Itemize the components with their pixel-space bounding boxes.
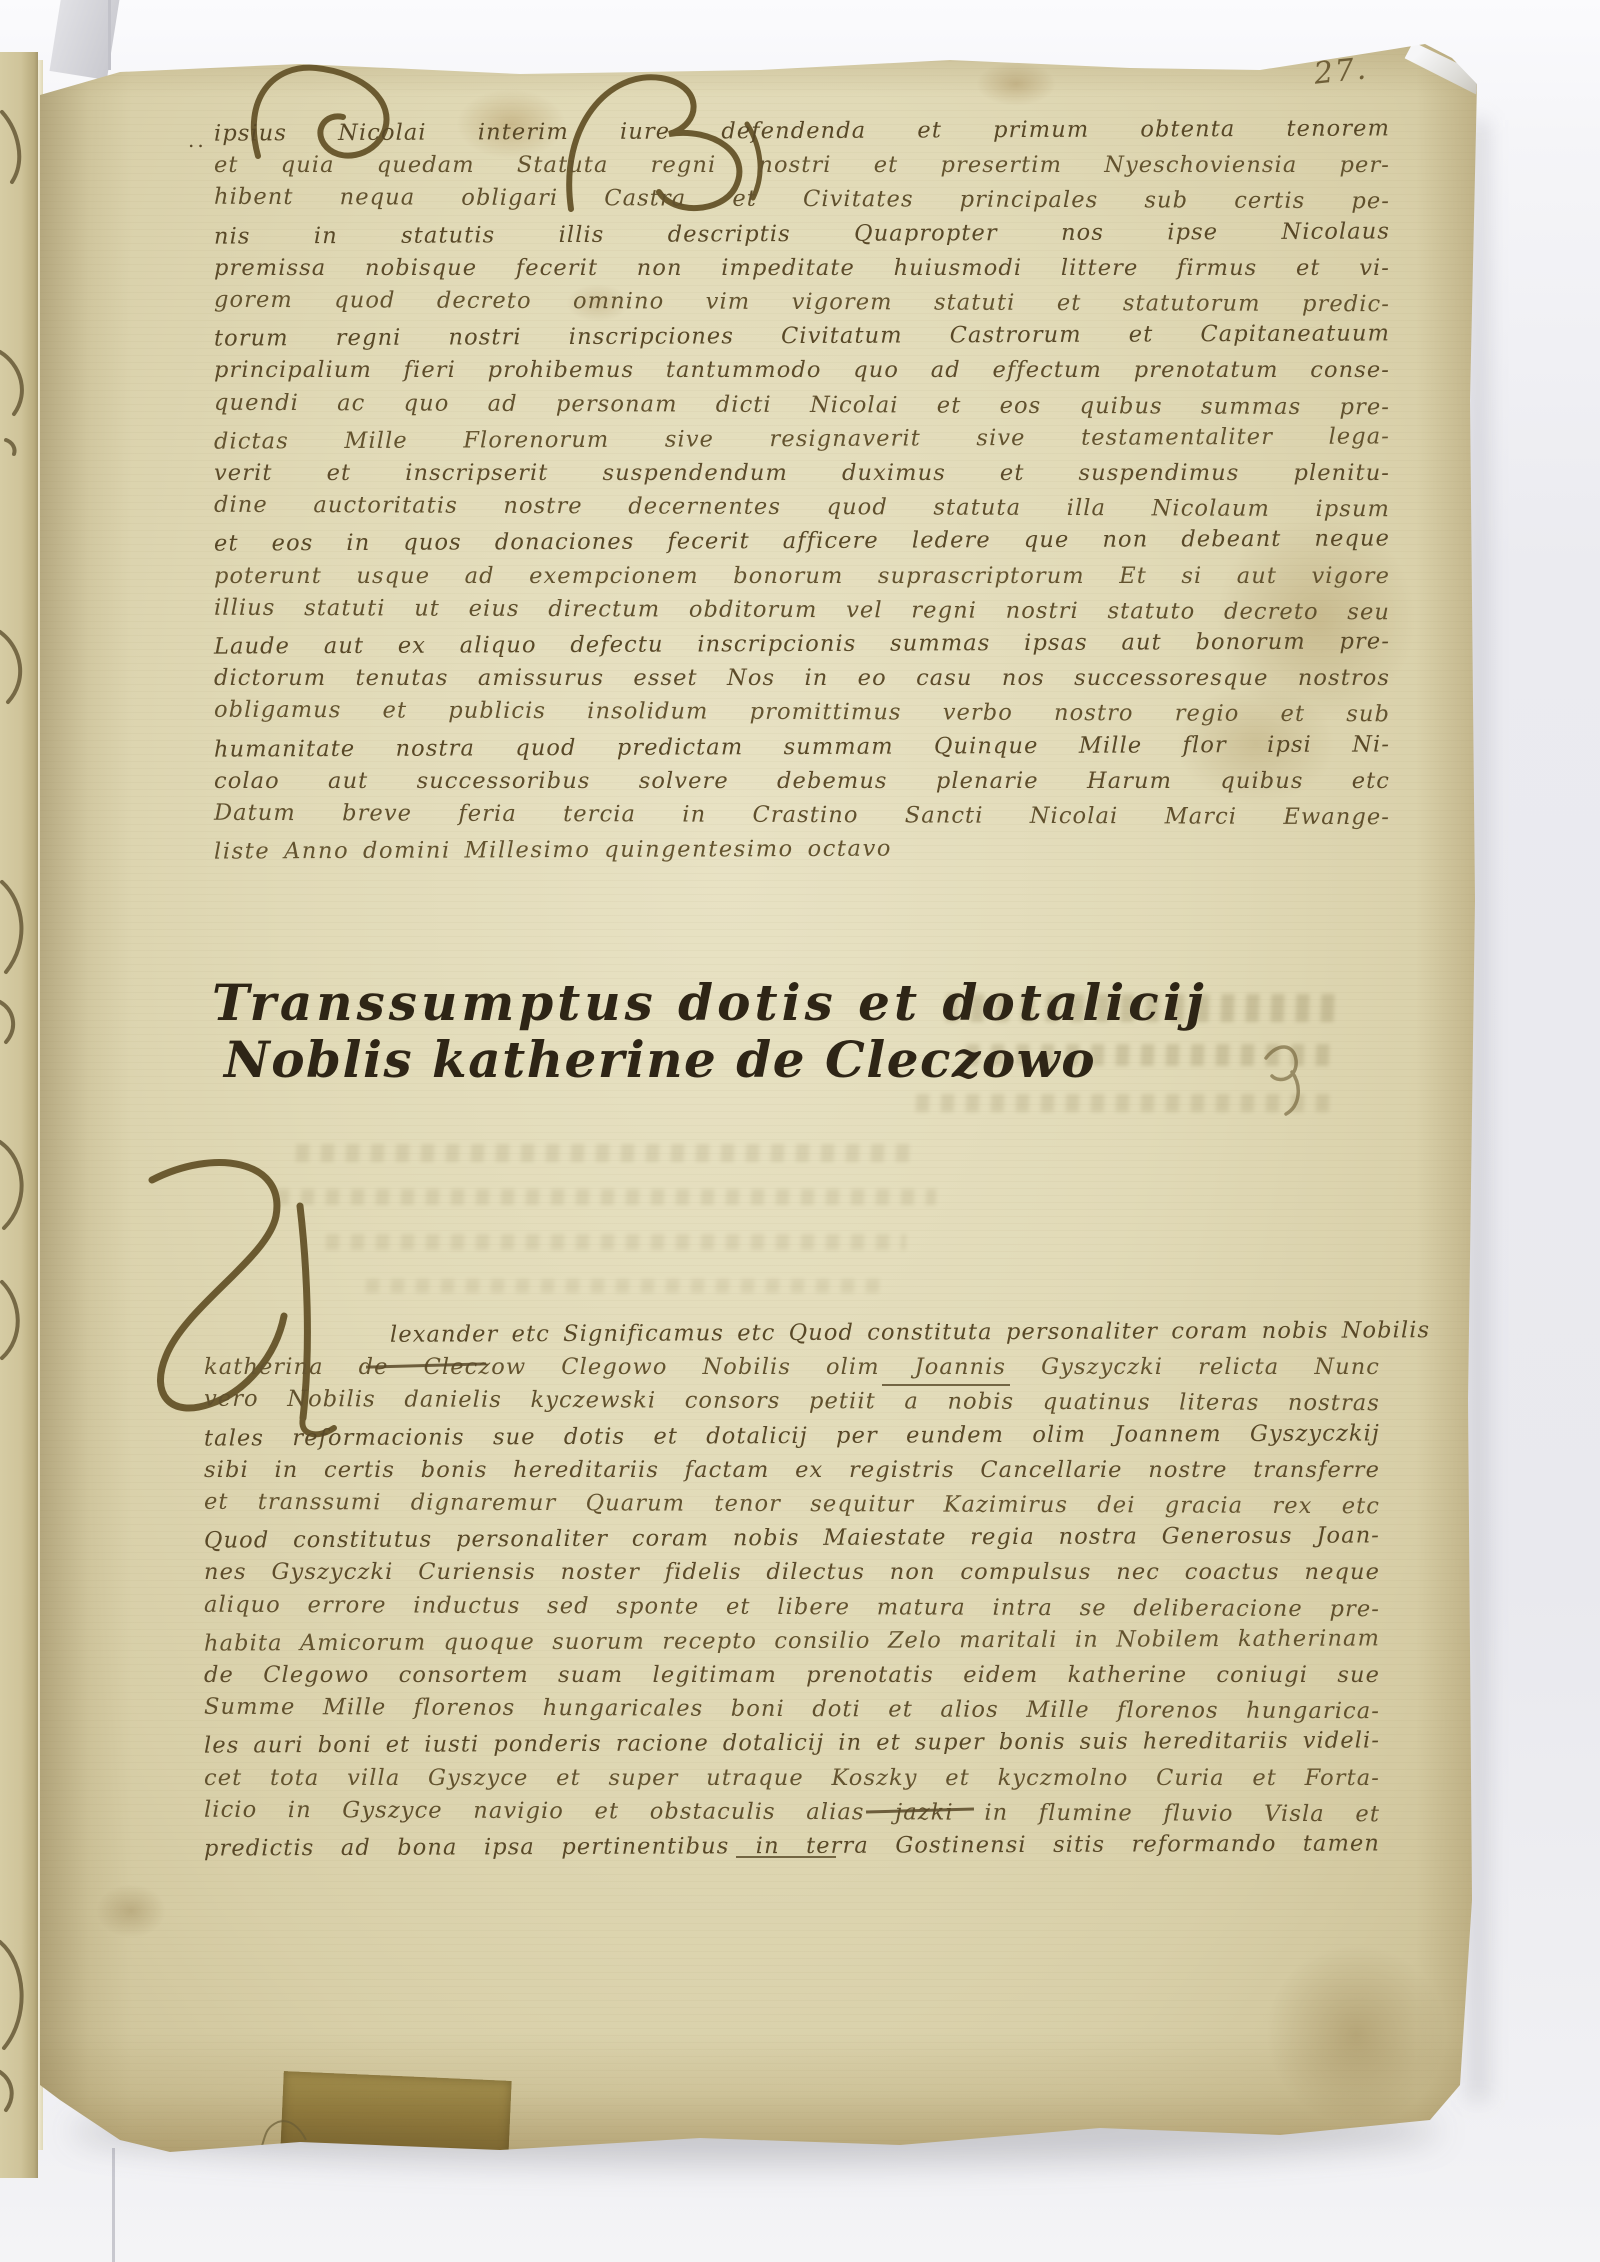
ink-showthrough [366,1279,886,1293]
ink-showthrough [276,1189,937,1205]
manuscript-line: et quia quedam Statuta regni nostri et p… [214,148,1390,182]
manuscript-line: nes Gyszyczki Curiensis noster fidelis d… [204,1555,1380,1589]
heading-line-2: Noblis katherine de Cleczowo [212,1031,1208,1088]
manuscript-line: et transsumi dignaremur Quarum tenor seq… [204,1485,1380,1524]
facing-page-edge [0,52,38,2178]
manuscript-line: de Clegowo consortem suam legitimam pren… [204,1658,1380,1692]
manuscript-line: obligamus et publicis insolidum promitti… [214,693,1390,732]
manuscript-line: tales reformacionis sue dotis et dotalic… [204,1416,1380,1455]
manuscript-line: dictorum tenutas amissurus esset Nos in … [214,661,1390,695]
manuscript-line: verit et inscripserit suspendendum duxim… [214,456,1390,490]
binding-gutter [108,0,111,70]
manuscript-line: humanitate nostra quod predictam summam … [214,727,1390,766]
manuscript-line: Summe Mille florenos hungaricales boni d… [204,1690,1380,1729]
paragraph-block-1: ipsius Nicolai interim iure defendenda e… [214,114,1390,866]
manuscript-line: colao aut successoribus solvere debemus … [214,764,1390,798]
manuscript-line: Quod constitutus personaliter coram nobi… [204,1519,1380,1558]
page-edge-shading [36,44,1480,96]
page-edge-shading [36,44,132,2162]
manuscript-line: dictas Mille Florenorum sive resignaveri… [214,419,1390,458]
margin-flourish-icon [1258,1034,1306,1118]
manuscript-line: torum regni nostri inscripciones Civitat… [214,317,1390,356]
manuscript-line: et eos in quos donaciones fecerit affice… [214,522,1390,561]
manuscript-line: sibi in certis bonis hereditariis factam… [204,1453,1380,1487]
manuscript-line: les auri boni et iusti ponderis racione … [204,1724,1380,1763]
page-edge-shading [1416,44,1480,2162]
manuscript-line: cet tota villa Gyszyce et super utraque … [204,1761,1380,1795]
manuscript-line: ipsius Nicolai interim iure defendenda e… [214,111,1390,150]
manuscript-line: poterunt usque ad exempcionem bonorum su… [214,559,1390,593]
manuscript-line: quendi ac quo ad personam dicti Nicolai … [214,385,1390,424]
manuscript-line: gorem quod decreto omnino vim vigorem st… [214,283,1390,322]
underline-mark [882,1384,1010,1386]
manuscript-line: predictis ad bona ipsa pertinentibus in … [204,1826,1380,1865]
binding-gutter [112,2148,115,2262]
ink-showthrough [326,1234,907,1250]
facing-page-ink-strokes [0,52,38,2178]
ink-showthrough [916,1094,1337,1112]
underline-mark [736,1856,836,1858]
manuscript-line: nis in statutis illis descriptis Quaprop… [214,214,1390,253]
manuscript-line: illius statuti ut eius directum obditoru… [214,591,1390,630]
manuscript-line: dine auctoritatis nostre decernentes quo… [214,488,1390,527]
manuscript-line: vero Nobilis danielis kyczewski consors … [204,1382,1380,1421]
page-number: 27. [1312,51,1369,91]
manuscript-line: Laude aut ex aliquo defectu inscripcioni… [214,624,1390,663]
manuscript-line: liste Anno domini Millesimo quingentesim… [214,830,1390,869]
manuscript-page: 27. .. ipsius Nicolai interim iure defen… [36,44,1480,2162]
paragraph-block-2: lexander etc Significamus etc Quod const… [204,1316,1380,1863]
section-heading: Transsumptus dotis et dotalicij Noblis k… [212,974,1208,1088]
manuscript-line: Datum breve feria tercia in Crastino San… [214,796,1390,835]
manuscript-line: lexander etc Significamus etc Quod const… [204,1313,1380,1352]
manuscript-line: principalium fieri prohibemus tantummodo… [214,353,1390,387]
ink-dots: .. [188,128,207,152]
ink-showthrough [296,1144,917,1162]
manuscript-line: aliquo errore inductus sed sponte et lib… [204,1587,1380,1626]
tape-thread-icon [250,2112,310,2166]
manuscript-line: licio in Gyszyce navigio et obstaculis a… [204,1793,1380,1832]
manuscript-line: premissa nobisque fecerit non impeditate… [214,251,1390,285]
manuscript-line: habita Amicorum quoque suorum recepto co… [204,1621,1380,1660]
manuscript-line: hibent nequa obligari Castra et Civitate… [214,180,1390,219]
heading-line-1: Transsumptus dotis et dotalicij [212,974,1208,1031]
